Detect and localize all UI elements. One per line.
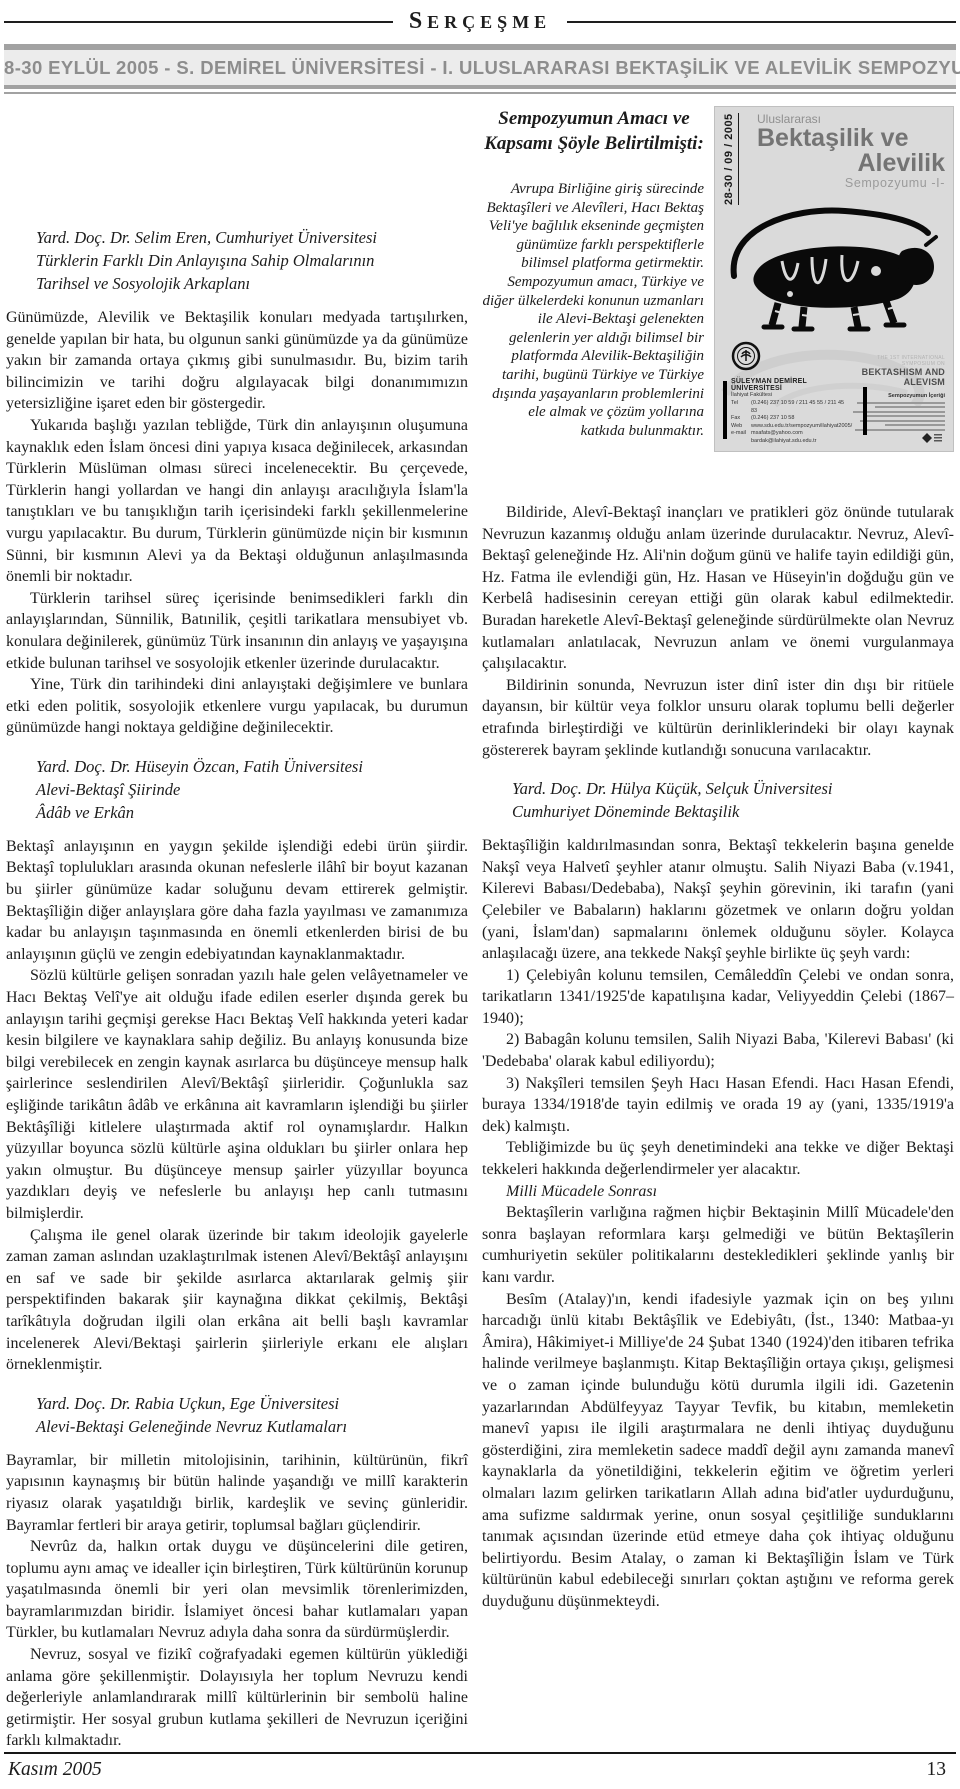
symposium-aim-note: Sempozyumun Amacı ve Kapsamı Şöyle Belir… <box>482 104 706 452</box>
contact-row: Tel (0.246) 237 10 59 / 211 45 55 / 211 … <box>731 400 849 415</box>
paragraph: Bayramlar, bir milletin mitolojisinin, t… <box>6 1450 468 1536</box>
paragraph: Bektaşîlerin varlığına rağmen hiçbir Bek… <box>482 1202 954 1288</box>
faculty-name: İlahiyat Fakültesi <box>731 392 849 398</box>
symposium-poster: 28-30 / 09 / 2005 Uluslararası Bektaşili… <box>714 106 954 452</box>
paragraph: Türklerin tarihsel süreç içerisinde beni… <box>6 588 468 674</box>
poster-title-line: Alevilik <box>757 151 945 176</box>
paragraph: Günümüzde, Alevilik ve Bektaşilik konula… <box>6 307 468 415</box>
speaker-name: Yard. Doç. Dr. Hülya Küçük, Selçuk Ünive… <box>512 777 954 800</box>
paragraph: Bildirinin sonunda, Nevruzun ister dinî … <box>482 675 954 761</box>
aim-heading: Sempozyumun Amacı ve Kapsamı Şöyle Belir… <box>482 106 706 156</box>
contact-value: msafats@yahoo.com <box>751 430 849 438</box>
paragraph: Bektaşîliğin kaldırılmasından sonra, Bek… <box>482 835 954 965</box>
registration-bar <box>863 387 867 435</box>
banner-underline <box>4 92 956 94</box>
list-item: 2) Babagân kolunu temsilen, Salih Niyazi… <box>482 1029 954 1072</box>
contact-label: e-mail <box>731 430 751 438</box>
speaker-heading-hulya-kucuk: Yard. Doç. Dr. Hülya Küçük, Selçuk Ünive… <box>512 777 954 823</box>
fine-print-line <box>867 415 945 417</box>
contact-row: e-mail msafats@yahoo.com <box>731 430 849 438</box>
fine-print-line <box>885 424 945 426</box>
talk-title-line: Cumhuriyet Döneminde Bektaşilik <box>512 800 954 823</box>
paragraph: Yine, Türk din tarihindeki dini anlayışt… <box>6 674 468 739</box>
contact-row: bardak@ilahiyat.sdu.edu.tr <box>731 438 849 446</box>
paragraph: Yukarıda başlığı yazılan tebliğde, Türk … <box>6 415 468 588</box>
contact-value: (0.246) 237 10 58 <box>751 415 849 423</box>
magazine-logo: SERÇEŞME <box>393 8 567 35</box>
speaker-name: Yard. Doç. Dr. Rabia Uçkun, Ege Üniversi… <box>36 1392 468 1415</box>
paragraph: Tebliğimizde bu üç şeyh denetimindeki an… <box>482 1137 954 1180</box>
talk-title-line: Türklerin Farklı Din Anlayışına Sahip Ol… <box>36 249 468 272</box>
university-logo <box>731 341 761 371</box>
contact-row: Fax (0.246) 237 10 58 <box>731 415 849 423</box>
top-row: Sempozyumun Amacı ve Kapsamı Şöyle Belir… <box>482 104 954 452</box>
poster-contact-block: SÜLEYMAN DEMİREL ÜNİVERSİTESİ İlahiyat F… <box>731 341 849 445</box>
talk-title-line: Alevi-Bektaşî Şiirinde <box>36 778 468 801</box>
paragraph: Sözlü kültürle gelişen sonradan yazılı h… <box>6 965 468 1224</box>
page-number: 13 <box>927 1759 947 1781</box>
issue-date: Kasım 2005 <box>8 1759 102 1781</box>
speaker-heading-rabia-uckun: Yard. Doç. Dr. Rabia Uçkun, Ege Üniversi… <box>36 1392 468 1438</box>
lion-calligraphy-icon <box>720 199 946 334</box>
paragraph: Nevruz, sosyal ve fizikî coğrafyadaki eg… <box>6 1644 468 1752</box>
subheading: Milli Mücadele Sonrası <box>482 1181 954 1203</box>
fine-print-line <box>860 420 945 422</box>
university-name: SÜLEYMAN DEMİREL ÜNİVERSİTESİ <box>731 378 849 392</box>
paragraph: Bektaşî anlayışının en yaygın şekilde iş… <box>6 836 468 966</box>
symposium-banner: 8-30 EYLÜL 2005 - S. DEMİREL ÜNİVERSİTES… <box>4 44 956 89</box>
poster-title-line: Bektaşilik ve <box>757 126 945 151</box>
list-item: 1) Çelebiyân kolunu temsilen, Cemâleddîn… <box>482 965 954 1030</box>
poster-footer: SÜLEYMAN DEMİREL ÜNİVERSİTESİ İlahiyat F… <box>731 341 945 445</box>
contact-value: bardak@ilahiyat.sdu.edu.tr <box>751 438 849 446</box>
right-column: Sempozyumun Amacı ve Kapsamı Şöyle Belir… <box>478 98 956 1752</box>
talk-title-line: Âdâb ve Erkân <box>36 801 468 824</box>
fine-print-line <box>857 402 945 404</box>
fine-print-line <box>875 406 945 408</box>
contact-label: Tel <box>731 400 751 415</box>
banner-text: 8-30 EYLÜL 2005 - S. DEMİREL ÜNİVERSİTES… <box>4 57 960 78</box>
paragraph: Bildiride, Alevî-Bektaşî inançları ve pr… <box>482 502 954 675</box>
speaker-name: Yard. Doç. Dr. Selim Eren, Cumhuriyet Ün… <box>36 226 468 249</box>
masthead: SERÇEŞME <box>4 8 956 36</box>
sponsor-mark <box>917 431 945 445</box>
poster-subtitle: Sempozyumu -I- <box>757 176 945 190</box>
contact-value: (0.246) 237 10 59 / 211 45 55 / 211 45 8… <box>751 400 849 415</box>
aim-body: Avrupa Birliğine giriş sürecinde Bektaşî… <box>482 180 706 440</box>
contact-value: www.sdu.edu.tr/sempozyum/ilahiyat2005/ <box>751 423 852 431</box>
talk-title-line: Alevi-Bektaşi Geleneğinde Nevruz Kutlama… <box>36 1415 468 1438</box>
contact-row: Web www.sdu.edu.tr/sempozyum/ilahiyat200… <box>731 423 849 431</box>
footer-row: Kasım 2005 13 <box>4 1754 956 1783</box>
english-kicker: THE 1ST INTERNATIONAL SYMPOSIUM ON <box>849 355 945 367</box>
english-title: BEKTASHISM AND ALEVISM <box>849 367 945 387</box>
registration-bar <box>723 381 727 439</box>
contact-label: Web <box>731 423 751 431</box>
list-item: 3) Nakşîleri temsilen Şeyh Hacı Hasan Ef… <box>482 1073 954 1138</box>
paragraph: Çalışma ile genel olarak üzerinde bir ta… <box>6 1225 468 1376</box>
contact-label: Fax <box>731 415 751 423</box>
speaker-heading-selim-eren: Yard. Doç. Dr. Selim Eren, Cumhuriyet Ün… <box>36 226 468 295</box>
left-column: Yard. Doç. Dr. Selim Eren, Cumhuriyet Ün… <box>4 98 478 1752</box>
poster-title-block: Uluslararası Bektaşilik ve Alevilik Semp… <box>715 107 953 190</box>
poster-date: 28-30 / 09 / 2005 <box>723 113 739 205</box>
talk-title-line: Tarihsel ve Sosyolojik Arkaplanı <box>36 272 468 295</box>
paragraph: Nevrûz da, halkın ortak duygu ve düşünce… <box>6 1536 468 1644</box>
speaker-heading-huseyin-ozcan: Yard. Doç. Dr. Hüseyin Özcan, Fatih Üniv… <box>36 755 468 824</box>
contact-label <box>731 438 751 446</box>
speaker-name: Yard. Doç. Dr. Hüseyin Özcan, Fatih Üniv… <box>36 755 468 778</box>
page-footer: Kasım 2005 13 <box>4 1752 956 1783</box>
content-columns: Yard. Doç. Dr. Selim Eren, Cumhuriyet Ün… <box>4 98 956 1752</box>
paragraph: Besîm (Atalay)'ın, kendi ifadesiyle yazm… <box>482 1289 954 1613</box>
magazine-page: SERÇEŞME 8-30 EYLÜL 2005 - S. DEMİREL ÜN… <box>0 0 960 1789</box>
